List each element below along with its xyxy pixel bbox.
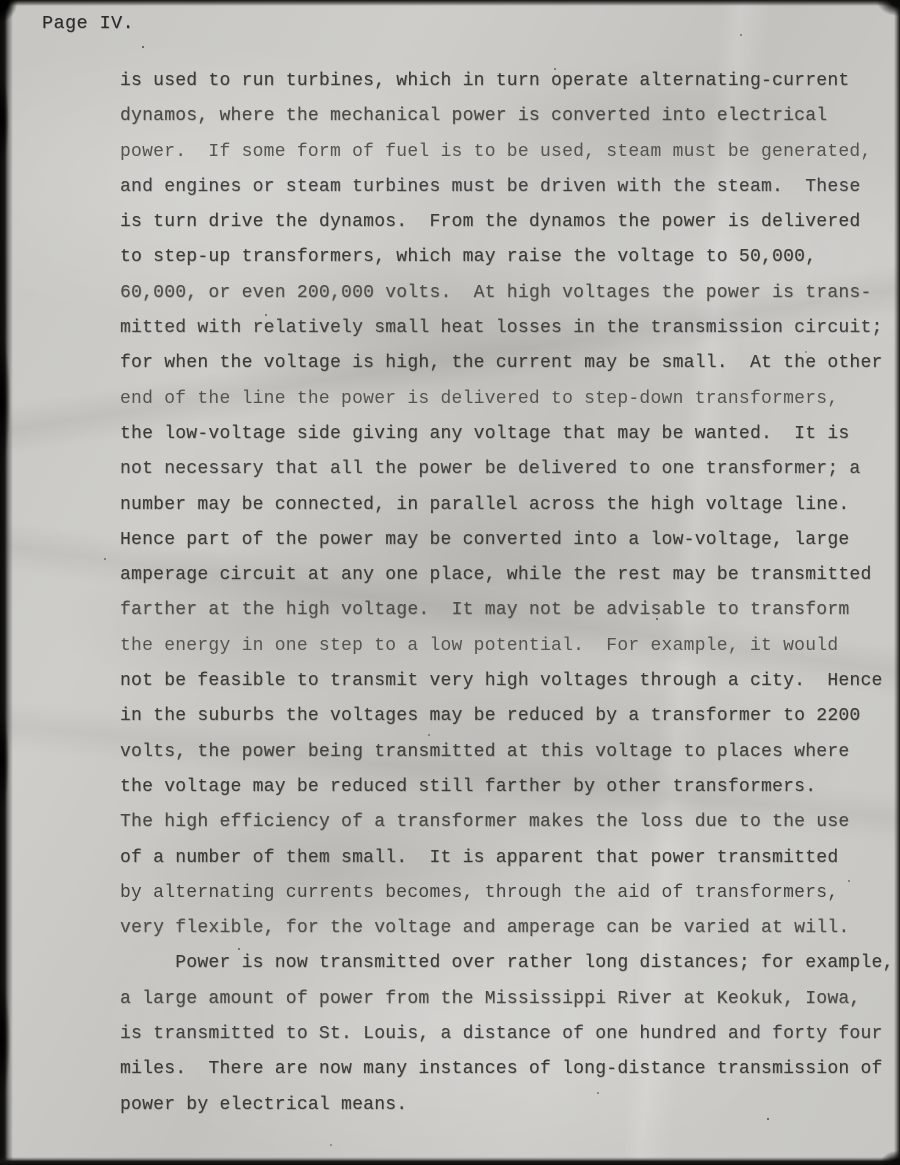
typewritten-line: The high efficiency of a transformer mak…: [120, 805, 884, 840]
typewritten-line: Hence part of the power may be converted…: [120, 523, 884, 558]
typewritten-line: is used to run turbines, which in turn o…: [120, 64, 884, 99]
typewritten-line: very flexible, for the voltage and amper…: [120, 911, 884, 946]
page-number-label: Page IV.: [42, 13, 134, 34]
typewritten-line: is turn drive the dynamos. From the dyna…: [120, 205, 884, 240]
typewritten-line: number may be connected, in parallel acr…: [120, 488, 884, 523]
typewritten-line: and engines or steam turbines must be dr…: [120, 170, 884, 205]
typewritten-line: volts, the power being transmitted at th…: [120, 735, 884, 770]
scan-corner-bottom-right: [870, 1141, 900, 1165]
typewritten-line: of a number of them small. It is apparen…: [120, 841, 884, 876]
typewritten-text-block: is used to run turbines, which in turn o…: [120, 64, 884, 1123]
scan-edge-right: [894, 0, 900, 1165]
typewritten-line: dynamos, where the mechanical power is c…: [120, 99, 884, 134]
typewritten-line: not necessary that all the power be deli…: [120, 452, 884, 487]
typewritten-line: farther at the high voltage. It may not …: [120, 593, 884, 628]
scan-corner-top-left: [0, 0, 26, 34]
typewritten-line: to step-up transformers, which may raise…: [120, 240, 884, 275]
scan-corner-top-right: [866, 0, 900, 26]
typewritten-line: the voltage may be reduced still farther…: [120, 770, 884, 805]
typewritten-line: power by electrical means.: [120, 1088, 884, 1123]
typewritten-line: is transmitted to St. Louis, a distance …: [120, 1017, 884, 1052]
typewritten-line: miles. There are now many instances of l…: [120, 1052, 884, 1087]
typewritten-line: end of the line the power is delivered t…: [120, 382, 884, 417]
typewritten-line: mitted with relatively small heat losses…: [120, 311, 884, 346]
typewritten-line: in the suburbs the voltages may be reduc…: [120, 699, 884, 734]
typewritten-line: power. If some form of fuel is to be use…: [120, 135, 884, 170]
typewritten-line: Power is now transmitted over rather lon…: [120, 946, 884, 981]
typewritten-line: the energy in one step to a low potentia…: [120, 629, 884, 664]
scan-edge-top: [0, 0, 900, 6]
typewritten-line: by alternating currents becomes, through…: [120, 876, 884, 911]
scanned-document-page: Page IV. is used to run turbines, which …: [0, 0, 900, 1165]
scan-edge-left: [0, 0, 13, 1165]
typewritten-line: not be feasible to transmit very high vo…: [120, 664, 884, 699]
typewritten-line: the low-voltage side giving any voltage …: [120, 417, 884, 452]
typewritten-line: 60,000, or even 200,000 volts. At high v…: [120, 276, 884, 311]
typewritten-line: a large amount of power from the Mississ…: [120, 982, 884, 1017]
typewritten-line: for when the voltage is high, the curren…: [120, 346, 884, 381]
typewritten-line: amperage circuit at any one place, while…: [120, 558, 884, 593]
scan-edge-bottom: [0, 1157, 900, 1165]
dust-specks: [142, 46, 144, 48]
